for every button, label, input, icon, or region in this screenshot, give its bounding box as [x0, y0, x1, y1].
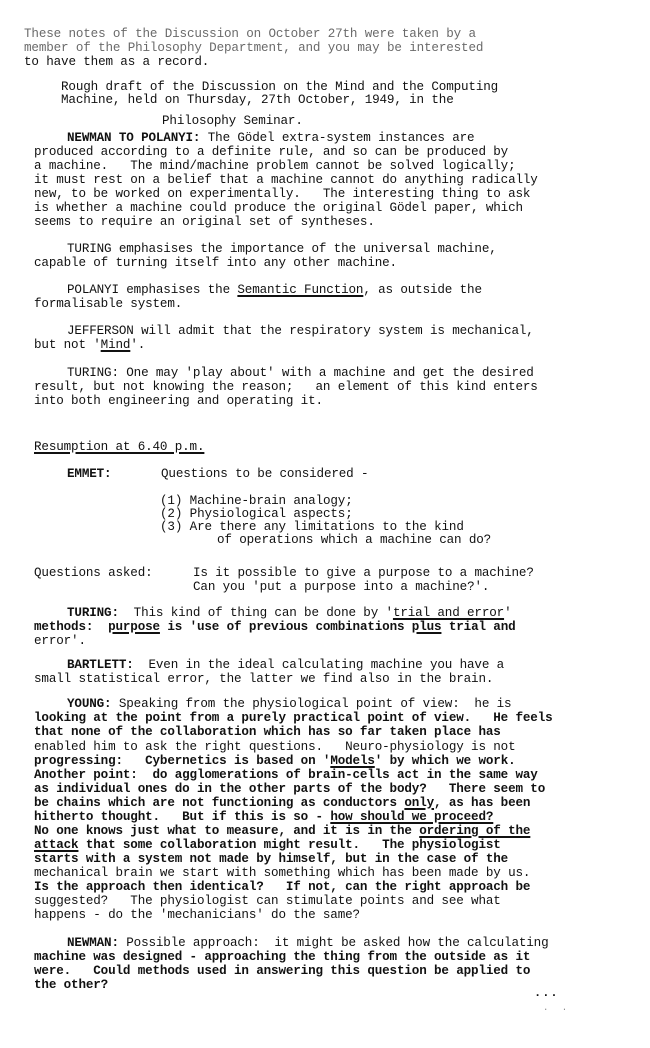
text-line: hitherto thought. But if this is so - ho…	[34, 810, 493, 825]
text-line: formalisable system.	[34, 297, 182, 312]
speaker-name: TURING:	[67, 366, 119, 380]
text-line: mechanical brain we start with something…	[34, 866, 530, 881]
text-line: small statistical error, the latter we f…	[34, 672, 493, 687]
text-line: Another point: do agglomerations of brai…	[34, 768, 538, 783]
speaker-name: TURING:	[67, 606, 119, 620]
text-line: as individual ones do in the other parts…	[34, 782, 545, 797]
heading-line-2: Machine, held on Thursday, 27th October,…	[61, 93, 454, 108]
paragraph-turing-3: TURING: This kind of thing can be done b…	[67, 606, 511, 621]
cover-note-line-1: These notes of the Discussion on October…	[24, 27, 476, 42]
emmet-item-3-continuation: of operations which a machine can do?	[217, 533, 491, 548]
text-line: happens - do the 'mechanicians' do the s…	[34, 908, 360, 923]
section-title-resumption: Resumption at 6.40 p.m.	[34, 440, 204, 455]
heading-venue: Philosophy Seminar.	[162, 114, 303, 129]
text-line: result, but not knowing the reason; an e…	[34, 380, 538, 395]
cover-note-line-2: member of the Philosophy Department, and…	[24, 41, 483, 56]
text-line: the other?	[34, 978, 108, 993]
continuation-mark: ...	[534, 986, 559, 1000]
speaker-name: YOUNG:	[67, 697, 111, 711]
item-number: (2)	[160, 507, 182, 521]
text-line: new, to be worked on experimentally. The…	[34, 187, 530, 202]
text-line: machine was designed - approaching the t…	[34, 950, 530, 965]
text-line: were. Could methods used in answering th…	[34, 964, 530, 979]
text-line: error'.	[34, 634, 86, 649]
text-line: capable of turning itself into any other…	[34, 256, 397, 271]
paragraph-polanyi: POLANYI emphasises the Semantic Function…	[67, 283, 482, 298]
paragraph-turing-1: TURING emphasises the importance of the …	[67, 242, 497, 257]
speaker-name: BARTLETT:	[67, 658, 134, 672]
text-line: looking at the point from a purely pract…	[34, 711, 553, 726]
paragraph-newman: NEWMAN: Possible approach: it might be a…	[67, 936, 549, 951]
text-line: that none of the collaboration which has…	[34, 725, 501, 740]
text-line: a machine. The mind/machine problem cann…	[34, 159, 516, 174]
item-number: (1)	[160, 494, 182, 508]
document-page: These notes of the Discussion on October…	[0, 0, 650, 1048]
questions-asked-label: Questions asked:	[34, 566, 153, 581]
paragraph-jefferson: JEFFERSON will admit that the respirator…	[67, 324, 534, 339]
speaker-name: TURING	[67, 242, 111, 256]
page-mark: . .	[543, 1003, 571, 1013]
text-line: enabled him to ask the right questions. …	[34, 740, 516, 755]
emmet-intro: Questions to be considered -	[161, 467, 368, 482]
cover-note-line-3: to have them as a record.	[24, 55, 209, 70]
text-line: suggested? The physiologist can stimulat…	[34, 894, 501, 909]
speaker-name: NEWMAN TO POLANYI:	[67, 131, 200, 145]
text-line: into both engineering and operating it.	[34, 394, 323, 409]
text-line: seems to require an original set of synt…	[34, 215, 375, 230]
text-line: starts with a system not made by himself…	[34, 852, 508, 867]
speaker-name: JEFFERSON	[67, 324, 134, 338]
paragraph-bartlett: BARTLETT: Even in the ideal calculating …	[67, 658, 504, 673]
text-line: No one knows just what to measure, and i…	[34, 824, 530, 839]
text-line: progressing: Cybernetics is based on 'Mo…	[34, 754, 516, 769]
text-line: Is the approach then identical? If not, …	[34, 880, 530, 895]
speaker-emmet: EMMET:	[67, 467, 111, 482]
speaker-name: NEWMAN:	[67, 936, 119, 950]
text-line: it must rest on a belief that a machine …	[34, 173, 538, 188]
underlined-term: Semantic Function	[237, 283, 363, 297]
paragraph-young: YOUNG: Speaking from the physiological p…	[67, 697, 511, 712]
paragraph-turing-2: TURING: One may 'play about' with a mach…	[67, 366, 534, 381]
text-line: methods: purpose is 'use of previous com…	[34, 620, 516, 635]
text-line: is whether a machine could produce the o…	[34, 201, 523, 216]
speaker-name: POLANYI	[67, 283, 119, 297]
question-1: Is it possible to give a purpose to a ma…	[193, 566, 534, 581]
text-line: attack that some collaboration might res…	[34, 838, 501, 853]
text-line: be chains which are not functioning as c…	[34, 796, 530, 811]
text-line: but not 'Mind'.	[34, 338, 145, 353]
paragraph-newman-polanyi: NEWMAN TO POLANYI: The Gödel extra-syste…	[67, 131, 474, 146]
text-line: produced according to a definite rule, a…	[34, 145, 508, 160]
question-2: Can you 'put a purpose into a machine?'.	[193, 580, 489, 595]
item-number: (3)	[160, 520, 182, 534]
underlined-term: Mind	[101, 338, 131, 352]
